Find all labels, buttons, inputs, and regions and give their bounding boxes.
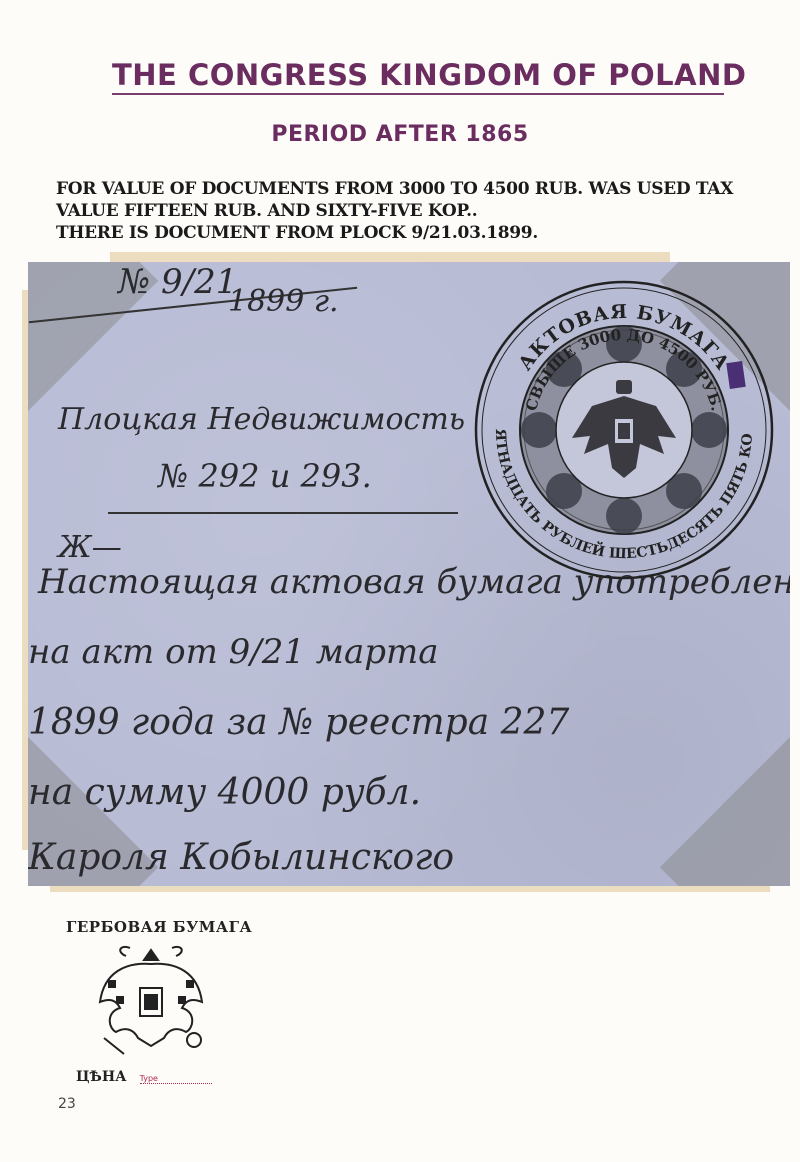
description-line: FOR VALUE OF DOCUMENTS FROM 3000 TO 4500… (56, 178, 786, 200)
handwritten-date: № 9/21 (118, 262, 237, 302)
seal-graphic: АКТОВАЯ БУМАГА СВЫШЕ 3000 ДО 4500 РУБ. П… (472, 278, 776, 582)
page-title: THE CONGRESS KINGDOM OF POLAND (112, 58, 724, 95)
handwritten-numbers: № 292 и 293. (158, 457, 372, 495)
handwritten-mark: Ж— (58, 530, 122, 565)
handwritten-line: Кароля Кобылинского (28, 837, 454, 878)
description-line: THERE IS DOCUMENT FROM PLOCK 9/21.03.189… (56, 222, 786, 244)
handwritten-line: 1899 года за № реестра 227 (28, 702, 569, 743)
revenue-seal: АКТОВАЯ БУМАГА СВЫШЕ 3000 ДО 4500 РУБ. П… (472, 278, 776, 582)
page-number: 23 (58, 1096, 76, 1112)
underline (108, 512, 458, 514)
coat-of-arms-icon (86, 942, 216, 1062)
handwritten-year: 1899 г. (228, 284, 339, 319)
corner-mount (660, 726, 790, 886)
price-input[interactable]: Type (140, 1074, 212, 1084)
handwritten-line: на сумму 4000 рубл. (28, 772, 421, 813)
period-subtitle: PERIOD AFTER 1865 (0, 122, 800, 147)
description: FOR VALUE OF DOCUMENTS FROM 3000 TO 4500… (56, 178, 786, 244)
stamp-title: ГЕРБОВАЯ БУМАГА (66, 918, 246, 936)
violet-cancel-mark (726, 361, 745, 389)
description-line: VALUE FIFTEEN RUB. AND SIXTY-FIVE KOP.. (56, 200, 786, 222)
stamp-paper-block: ГЕРБОВАЯ БУМАГА ЦѢНА Type (66, 918, 246, 1088)
revenue-document: № 9/21 1899 г. Плоцкая Недвижимость № 29… (28, 262, 790, 886)
handwritten-line: на акт от 9/21 марта (28, 632, 439, 672)
price-label: ЦѢНА (76, 1069, 126, 1085)
handwritten-property: Плоцкая Недвижимость (58, 402, 465, 437)
price-row: ЦѢНА Type (76, 1066, 212, 1085)
mount-hinge (110, 252, 670, 262)
